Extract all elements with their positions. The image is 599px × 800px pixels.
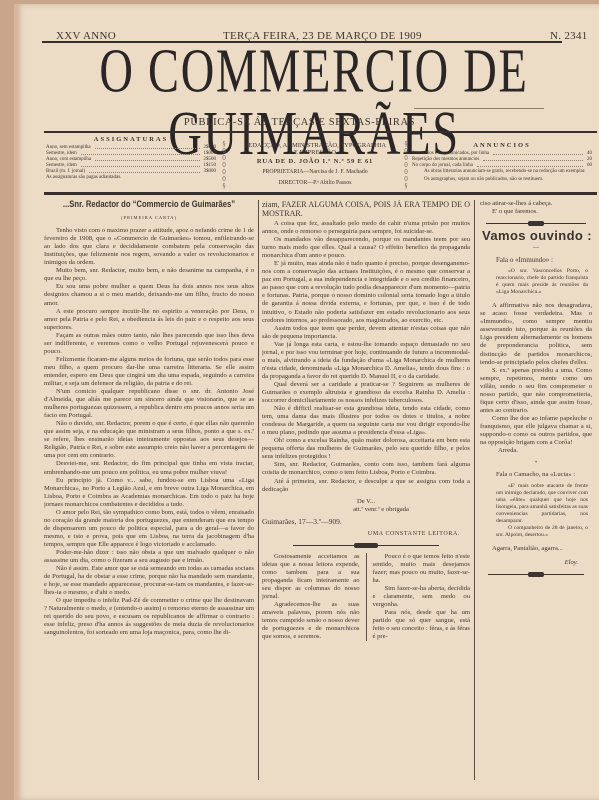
ornamental-divider — [293, 543, 439, 548]
ads-note: As obras litterarias annunciam-se gratis… — [412, 169, 592, 175]
letter-signature: UMA CONSTANTE LEITORA. — [262, 530, 460, 538]
ornament-border-icon: §00000§ — [220, 141, 228, 190]
paragraph: S. ex.ª apenas presidiu a uma. Como semp… — [480, 367, 592, 415]
subscriptions-footer: As assignaturas são pagas adiantadas. — [46, 175, 216, 181]
article-column-2: ziam, FAZER ALGUMA COISA, POIS JÁ ERA TE… — [262, 200, 470, 798]
office-info: REDACÇÃO, ADMINISTRAÇÃO, TYPOGRAPHIA E I… — [236, 141, 394, 188]
paragraph: Sim, snr. Redactor, Guimarães, conto com… — [262, 461, 470, 477]
paragraph: Arreda. — [480, 447, 592, 455]
masthead-rule — [414, 108, 544, 109]
paragraph: E' o que faremos. — [480, 208, 592, 216]
paragraph: Não é difficil realisar-se esta grandios… — [262, 405, 470, 437]
paragraph: Não o duvido, snr. Redactor, porem o que… — [44, 420, 254, 460]
section-title: Vamos ouvindo : — [482, 232, 592, 240]
quotation: O companheiro de 28 de janeiro, o snr. A… — [496, 525, 588, 539]
letter-closing: De V... — [262, 498, 470, 506]
article-subhead: (PRIMEIRA CARTA) — [44, 214, 254, 222]
column-separator — [474, 200, 475, 780]
ornament-border-icon: §00000§ — [402, 141, 410, 190]
article-headline: ...Snr. Redactor do “Commercio de Guimar… — [60, 200, 239, 208]
paragraph: Assim todos que teem que perder, devem a… — [262, 325, 470, 341]
office-owner: PROPRIETARIA—Narcisa de J. F. Machado — [236, 168, 394, 177]
office-director: DIRECTOR—P.ᵉ Abilio Passos — [236, 179, 394, 188]
sidebar-column: ciso atirar-se-lhes á cabeça. E' o que f… — [480, 200, 592, 798]
ads-title: ANNUNCIOS — [412, 143, 592, 149]
paragraph: Para nós, desde que ha um partido que só… — [373, 609, 471, 641]
letter-place-date: Guimarães, 17—3.º—909. — [262, 518, 470, 526]
paragraph: ciso atirar-se-lhes á cabeça. — [480, 200, 592, 208]
ornamental-divider — [488, 572, 583, 577]
paragraph: Façam as outras mães outro tanto, não lh… — [44, 332, 254, 356]
reply-column-separator — [366, 553, 367, 642]
top-box-rule — [44, 131, 597, 133]
paragraph: A este procuro sempre incutir-lhe no esp… — [44, 308, 254, 332]
editorial-reply: Gostosamente acceitamos as ideias que a … — [262, 553, 470, 642]
paragraph: Tenho visto com o maximo prazer a attitu… — [44, 227, 254, 267]
paragraph: Agradecemos-lhe as suas amaveis palavras… — [262, 601, 360, 641]
office-address: RUA DE D. JOÃO I.º N.º 59 E 61 — [236, 157, 394, 166]
paragraph: Os mandados vão desapparecendo, porque o… — [262, 236, 470, 260]
paragraph: Pouco é o que temos feito n'este sentido… — [373, 553, 471, 585]
paragraph: Muito bem, snr. Redactor, muito bem, e n… — [44, 267, 254, 283]
column-separator — [258, 200, 259, 780]
quotation: «E' mais nobre atacarte de frente um ini… — [496, 483, 588, 525]
paragraph: O que impediu o infeliz Pad-Zé de commet… — [44, 597, 254, 637]
letter-closing-formula: att.ª venr.ª e obrigada — [262, 506, 470, 514]
subscriptions-box: ASSIGNATURAS Anno, sem estampilha2$000 S… — [46, 137, 216, 181]
paragraph: Eu principio já. Como v... sabe, fundou-… — [44, 477, 254, 509]
paragraph: Eu sou uma pobre mulher a quem Deus ha d… — [44, 283, 254, 307]
paragraph: Poder-me-hão dizer : isso não obsta a qu… — [44, 549, 254, 565]
publication-schedule: PUBLICA-SE ÁS TERÇAS E SEXTAS-FEIRAS — [0, 117, 599, 128]
box-bottom-rule — [44, 192, 597, 195]
paragraph: A coisa que fez, assaltado pelo medo de … — [262, 220, 470, 236]
paragraph: Desviei-me, snr. Redactor, do fim princi… — [44, 460, 254, 476]
separator-dash: — — [480, 244, 592, 252]
paragraph: O amor pelo Rei, tão sympathico como bom… — [44, 509, 254, 549]
paragraph: Agarra, Pantalião, agarra... — [480, 545, 592, 553]
masthead-title: O COMMERCIO DE GUIMARÃES — [65, 48, 564, 102]
paragraph: Gostosamente acceitamos as ideias que a … — [262, 553, 360, 601]
paragraph: Vae já longa esta carta, e estou-lhe tom… — [262, 341, 470, 381]
article-column-1: ...Snr. Redactor do “Commercio de Guimar… — [44, 200, 254, 798]
paragraph: Oh! como a excelsa Rainha, quão mater do… — [262, 437, 470, 461]
speaker-line: Fala o «Immundo» : — [480, 256, 592, 264]
paragraph: Sim fazer-se-ha aberta, decidida e clara… — [373, 585, 471, 609]
quotation: «O snr. Vasconcellos Porto, o reaccionar… — [496, 268, 588, 296]
paragraph: Não é assim. Este amor que se está semea… — [44, 565, 254, 597]
speaker-line: Fala o Camacho, na «Lucta» : — [480, 471, 592, 479]
signature: Eloy. — [480, 559, 578, 567]
ads-box: ANNUNCIOS Annuncios e communicados, por … — [412, 143, 592, 183]
article-continued-headline: ziam, FAZER ALGUMA COISA, POIS JÁ ERA TE… — [262, 200, 470, 218]
paragraph: A affirmativa não nos desagradava, se ac… — [480, 302, 592, 366]
newspaper-page: XXV ANNO TERÇA FEIRA, 23 DE MARÇO DE 190… — [14, 4, 599, 800]
ornamental-divider — [486, 221, 587, 226]
star-separator-icon: • — [480, 459, 592, 467]
reply-left-column: Gostosamente acceitamos as ideias que a … — [262, 553, 360, 642]
paragraph: Qual deverá ser a caridade a praticar-se… — [262, 381, 470, 405]
paragraph: Até á primeira, snr. Redactor, e desculp… — [262, 478, 470, 494]
ads-note: Os autographos, sejam ou não publicados,… — [412, 177, 592, 183]
paragraph: N'um comicio qualquer republicano disse … — [44, 388, 254, 420]
paragraph: Felizmente ficaram-me alguns meios de fo… — [44, 356, 254, 388]
paragraph: E' já muito, mas ainda não é tudo quanto… — [262, 260, 470, 324]
subscriptions-title: ASSIGNATURAS — [46, 137, 216, 143]
reply-right-column: Pouco é o que temos feito n'este sentido… — [373, 553, 471, 642]
paragraph: Como lhe doe ao infame papeluche o franq… — [480, 415, 592, 447]
